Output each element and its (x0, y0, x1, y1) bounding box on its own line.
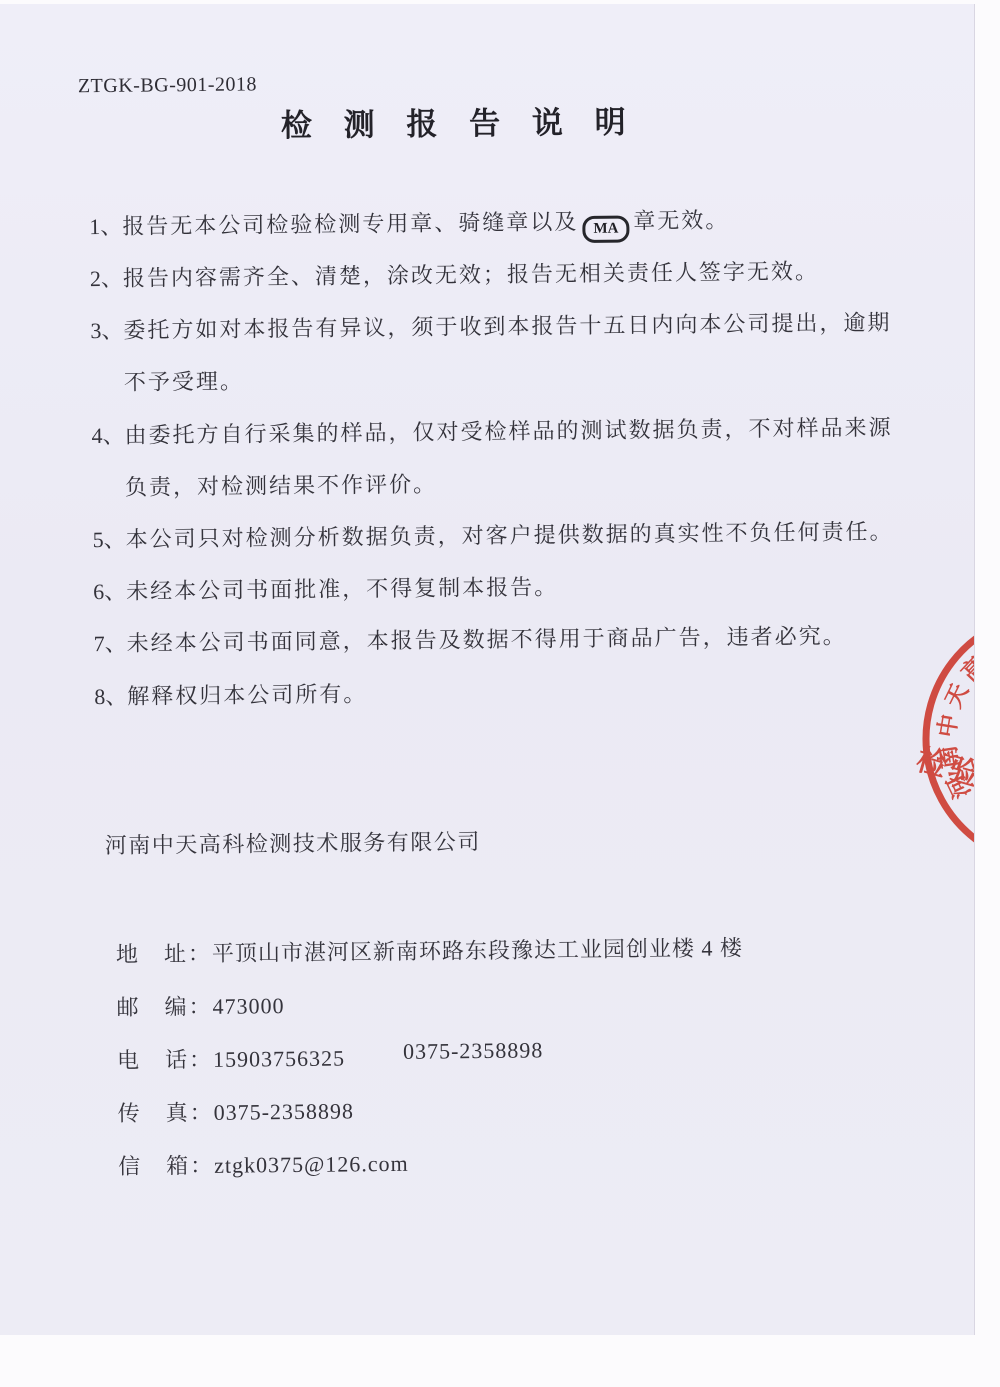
note-item-5: 5、本公司只对检测分析数据负责，对客户提供数据的真实性不负任何责任。 (92, 517, 893, 555)
contact-value: 0375-2358898 (214, 1098, 355, 1124)
note-number: 6、 (93, 577, 126, 607)
notes-list: 1、报告无本公司检验检测专用章、骑缝章以及MA章无效。 2、报告内容需齐全、清楚… (89, 203, 969, 212)
note-text: 章无效。 (633, 207, 729, 233)
document-code: ZTGK-BG-901-2018 (78, 73, 257, 98)
note-text: 负责，对检测结果不作评价。 (125, 471, 437, 499)
paper-sheet: ZTGK-BG-901-2018 检 测 报 告 说 明 1、报告无本公司检验检… (0, 4, 975, 1335)
note-item-3-continued: 不予受理。 (124, 367, 244, 398)
page-title: 检 测 报 告 说 明 (0, 93, 924, 148)
note-number: 1、 (89, 212, 122, 242)
note-item-2: 2、报告内容需齐全、清楚，涂改无效；报告无相关责任人签字无效。 (90, 256, 819, 294)
note-text: 报告内容需齐全、清楚，涂改无效；报告无相关责任人签字无效。 (123, 258, 819, 290)
note-text: 未经本公司书面同意，本报告及数据不得用于商品广告，违者必究。 (127, 623, 847, 656)
contact-label: 地 址： (116, 941, 212, 967)
note-text: 不予受理。 (124, 369, 244, 395)
contact-value: 473000 (212, 993, 284, 1019)
note-text: 由委托方自行采集的样品，仅对受检样品的测试数据负责，不对样品来源 (124, 415, 892, 448)
note-number: 7、 (94, 629, 127, 659)
note-item-4: 4、由委托方自行采集的样品，仅对受检样品的测试数据负责，不对样品来源 (91, 413, 892, 451)
scanned-report-page: { "page": { "doc_code": "ZTGK-BG-901-201… (0, 0, 1000, 1387)
note-item-1: 1、报告无本公司检验检测专用章、骑缝章以及MA章无效。 (89, 205, 729, 248)
note-number: 8、 (94, 682, 127, 712)
cma-mark-icon: MA (582, 215, 629, 242)
note-number: 2、 (90, 264, 123, 294)
contact-label: 信 箱： (118, 1153, 214, 1179)
company-name: 河南中天高科检测技术服务有限公司 (105, 825, 481, 860)
contact-row-address: 地 址：平顶山市湛河区新南环路东段豫达工业园创业楼 4 楼 (116, 931, 743, 969)
note-number: 4、 (91, 421, 124, 451)
note-item-7: 7、未经本公司书面同意，本报告及数据不得用于商品广告，违者必究。 (94, 621, 847, 659)
note-item-8: 8、解释权归本公司所有。 (94, 679, 367, 712)
note-item-3: 3、委托方如对本报告有异议，须于收到本报告十五日内向本公司提出，逾期 (90, 308, 891, 346)
note-item-4-continued: 负责，对检测结果不作评价。 (125, 469, 437, 502)
page-content: ZTGK-BG-901-2018 检 测 报 告 说 明 1、报告无本公司检验检… (0, 4, 975, 1335)
note-number: 5、 (92, 525, 125, 555)
note-text: 报告无本公司检验检测专用章、骑缝章以及 (122, 209, 578, 239)
note-text: 本公司只对检测分析数据负责，对客户提供数据的真实性不负任何责任。 (126, 519, 894, 552)
contact-label: 传 真： (118, 1100, 214, 1126)
contact-value-secondary: 0375-2358898 (403, 1037, 544, 1063)
contact-row-phone: 电 话：159037563250375-2358898 (117, 1039, 544, 1074)
contact-value: 平顶山市湛河区新南环路东段豫达工业园创业楼 4 楼 (212, 935, 743, 966)
contact-label: 邮 编： (116, 994, 212, 1020)
contact-value: ztgk0375@126.com (214, 1151, 409, 1178)
contact-value: 15903756325 (213, 1045, 345, 1071)
note-text: 未经本公司书面批准，不得复制本报告。 (126, 574, 558, 604)
contact-row-email: 信 箱：ztgk0375@126.com (118, 1147, 409, 1181)
contact-label: 电 话： (117, 1047, 213, 1073)
contact-row-postcode: 邮 编：473000 (116, 989, 284, 1022)
note-text: 委托方如对本报告有异议，须于收到本报告十五日内向本公司提出，逾期 (123, 310, 891, 343)
note-text: 解释权归本公司所有。 (127, 681, 367, 709)
note-number: 3、 (90, 316, 123, 346)
note-item-6: 6、未经本公司书面批准，不得复制本报告。 (93, 572, 558, 607)
contact-row-fax: 传 真：0375-2358898 (117, 1094, 354, 1127)
